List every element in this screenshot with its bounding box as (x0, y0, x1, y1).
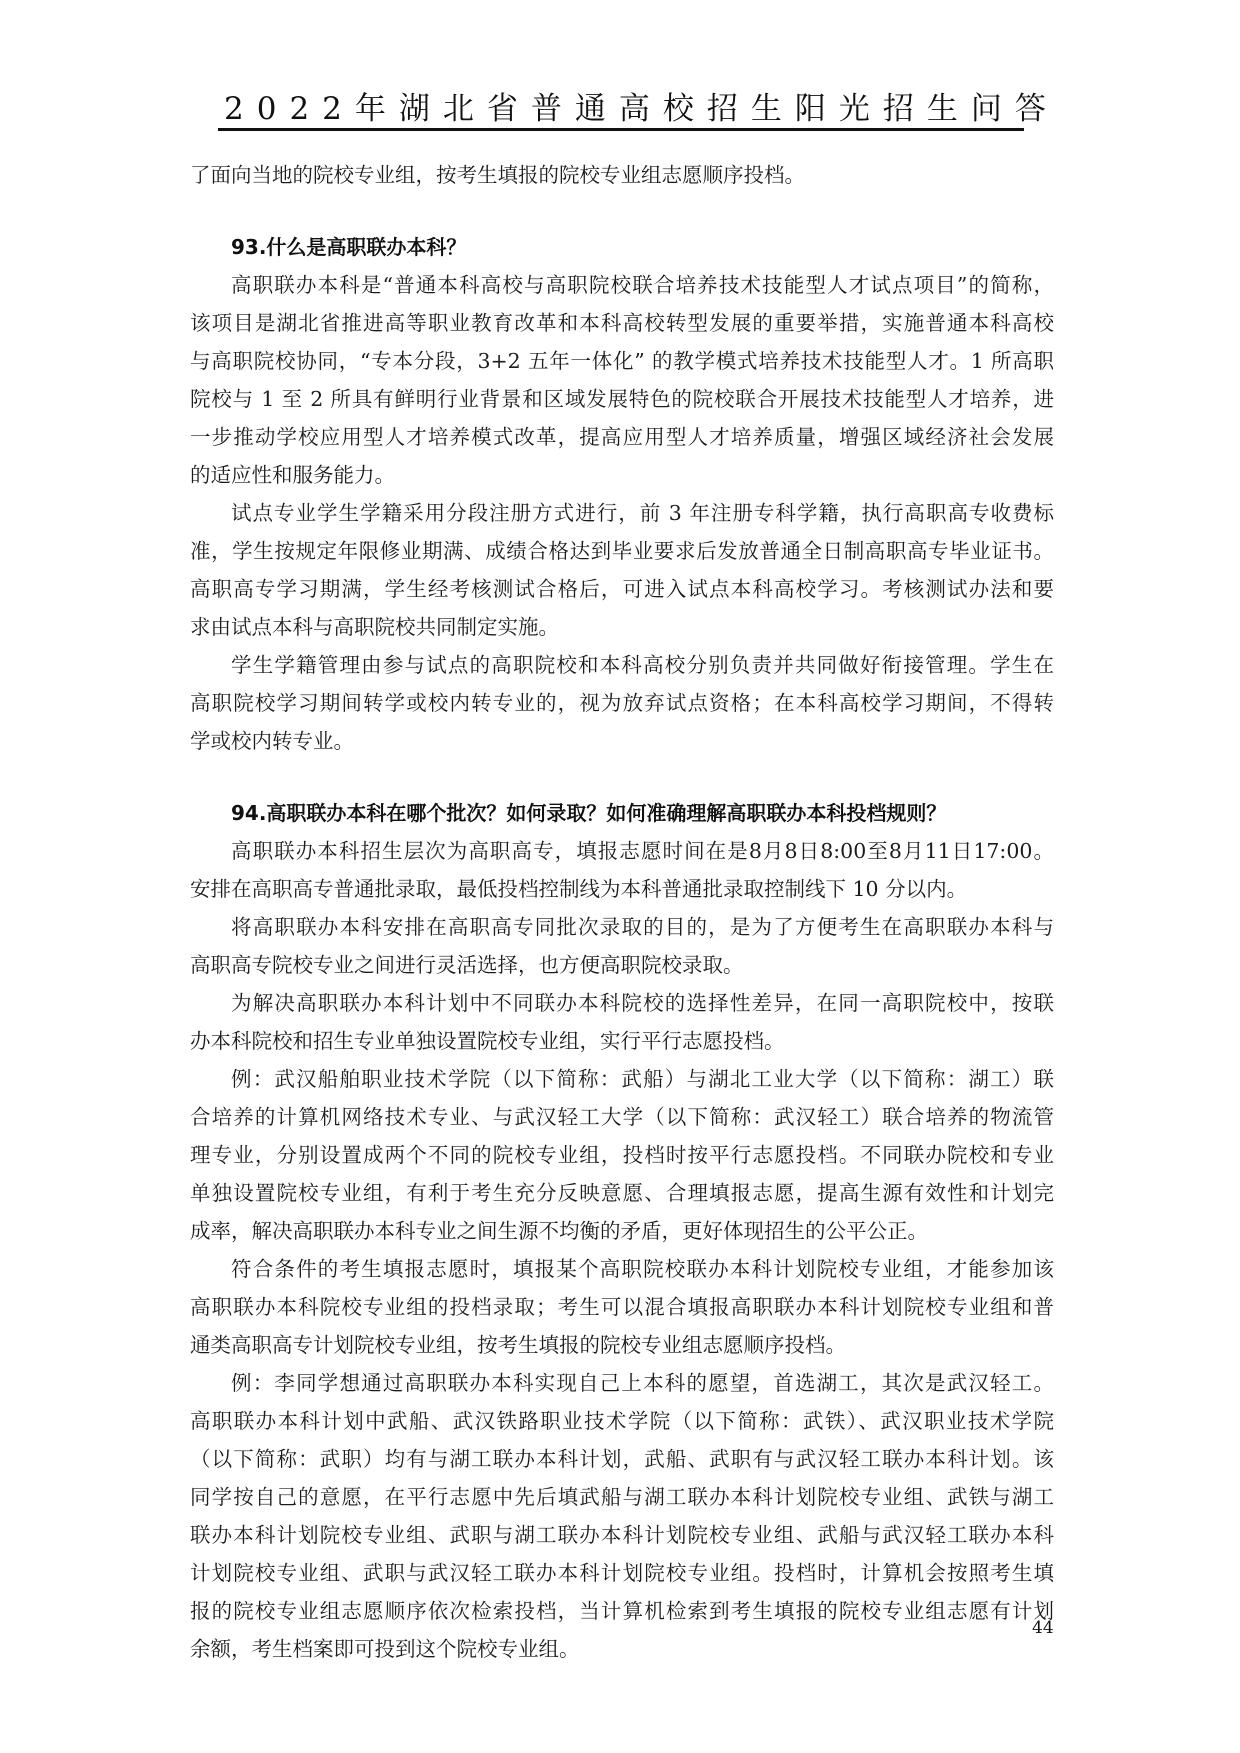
paragraph-line: 将高职联办本科安排在高职高专同批次录取的目的，是为了方便考生在高职联办本科与 (190, 908, 1054, 946)
paragraph: 试点专业学生学籍采用分段注册方式进行，前 3 年注册专科学籍，执行高职高专收费标… (190, 494, 1054, 646)
running-header: 2022年湖北省普通高校招生阳光招生问答 (218, 92, 1024, 131)
paragraph-line: 例：李同学想通过高职联办本科实现自己上本科的愿望，首选湖工，其次是武汉轻工。 (190, 1364, 1054, 1402)
document-page: 2022年湖北省普通高校招生阳光招生问答 了面向当地的院校专业组，按考生填报的院… (0, 0, 1240, 1753)
paragraph: 例：武汉船舶职业技术学院（以下简称：武船）与湖北工业大学（以下简称：湖工）联 合… (190, 1060, 1054, 1250)
paragraph: 高职联办本科招生层次为高职高专，填报志愿时间在是8月8日8:00至8月11日17… (190, 832, 1054, 908)
paragraph-line: 与高职院校协同，“专本分段，3+2 五年一体化” 的教学模式培养技术技能型人才。… (190, 342, 1054, 380)
paragraph-line: 求由试点本科与高职院校共同制定实施。 (190, 608, 1054, 646)
paragraph-line: 高职联办本科院校专业组的投档录取；考生可以混合填报高职联办本科计划院校专业组和普 (190, 1288, 1054, 1326)
paragraph-line: 的适应性和服务能力。 (190, 456, 1054, 494)
header-title: 2022年湖北省普通高校招生阳光招生问答 (224, 92, 1059, 126)
paragraph-line: 办本科院校和招生专业单独设置院校专业组，实行平行志愿投档。 (190, 1022, 1054, 1060)
paragraph-line: 院校与 1 至 2 所具有鲜明行业背景和区域发展特色的院校联合开展技术技能型人才… (190, 380, 1054, 418)
paragraph-line: 一步推动学校应用型人才培养模式改革，提高应用型人才培养质量，增强区域经济社会发展 (190, 418, 1054, 456)
paragraph-line: 例：武汉船舶职业技术学院（以下简称：武船）与湖北工业大学（以下简称：湖工）联 (190, 1060, 1054, 1098)
paragraph-line: 符合条件的考生填报志愿时，填报某个高职院校联办本科计划院校专业组，才能参加该 (190, 1250, 1054, 1288)
paragraph-line: 高职院校学习期间转学或校内转专业的，视为放弃试点资格；在本科高校学习期间，不得转 (190, 684, 1054, 722)
paragraph: 符合条件的考生填报志愿时，填报某个高职院校联办本科计划院校专业组，才能参加该 高… (190, 1250, 1054, 1364)
paragraph-line: 学生学籍管理由参与试点的高职院校和本科高校分别负责并共同做好衔接管理。学生在 (190, 646, 1054, 684)
paragraph-line: 报的院校专业组志愿顺序依次检索投档，当计算机检索到考生填报的院校专业组志愿有计划 (190, 1592, 1054, 1630)
paragraph-line: 试点专业学生学籍采用分段注册方式进行，前 3 年注册专科学籍，执行高职高专收费标 (190, 494, 1054, 532)
paragraph: 例：李同学想通过高职联办本科实现自己上本科的愿望，首选湖工，其次是武汉轻工。 高… (190, 1364, 1054, 1668)
paragraph: 高职联办本科是“普通本科高校与高职院校联合培养技术技能型人才试点项目”的简称， … (190, 266, 1054, 494)
question-heading-93: 93.什么是高职联办本科？ (190, 228, 1054, 266)
paragraph-line: 余额，考生档案即可投到这个院校专业组。 (190, 1630, 1054, 1668)
paragraph: 将高职联办本科安排在高职高专同批次录取的目的，是为了方便考生在高职联办本科与 高… (190, 908, 1054, 984)
paragraph-line: 该项目是湖北省推进高等职业教育改革和本科高校转型发展的重要举措，实施普通本科高校 (190, 304, 1054, 342)
paragraph-line: 了面向当地的院校专业组，按考生填报的院校专业组志愿顺序投档。 (190, 156, 1054, 194)
paragraph-line: （以下简称：武职）均有与湖工联办本科计划，武船、武职有与武汉轻工联办本科计划。该 (190, 1440, 1054, 1478)
paragraph-line: 合培养的计算机网络技术专业、与武汉轻工大学（以下简称：武汉轻工）联合培养的物流管 (190, 1098, 1054, 1136)
paragraph-line: 高职联办本科招生层次为高职高专，填报志愿时间在是8月8日8:00至8月11日17… (190, 832, 1054, 870)
paragraph-line: 安排在高职高专普通批录取，最低投档控制线为本科普通批录取控制线下 10 分以内。 (190, 870, 1054, 908)
paragraph-line: 为解决高职联办本科计划中不同联办本科院校的选择性差异，在同一高职院校中，按联 (190, 984, 1054, 1022)
question-heading-94: 94.高职联办本科在哪个批次？如何录取？如何准确理解高职联办本科投档规则？ (190, 794, 1054, 832)
paragraph-line: 同学按自己的意愿，在平行志愿中先后填武船与湖工联办本科计划院校专业组、武铁与湖工 (190, 1478, 1054, 1516)
paragraph: 为解决高职联办本科计划中不同联办本科院校的选择性差异，在同一高职院校中，按联 办… (190, 984, 1054, 1060)
paragraph-line: 高职联办本科是“普通本科高校与高职院校联合培养技术技能型人才试点项目”的简称， (190, 266, 1054, 304)
paragraph-line: 成率，解决高职联办本科专业之间生源不均衡的矛盾，更好体现招生的公平公正。 (190, 1212, 1054, 1250)
page-content: 了面向当地的院校专业组，按考生填报的院校专业组志愿顺序投档。 93.什么是高职联… (190, 156, 1054, 1668)
paragraph-line: 高职联办本科计划中武船、武汉铁路职业技术学院（以下简称：武铁）、武汉职业技术学院 (190, 1402, 1054, 1440)
paragraph-line: 计划院校专业组、武职与武汉轻工联办本科计划院校专业组。投档时，计算机会按照考生填 (190, 1554, 1054, 1592)
paragraph: 学生学籍管理由参与试点的高职院校和本科高校分别负责并共同做好衔接管理。学生在 高… (190, 646, 1054, 760)
paragraph-line: 高职高专学习期满，学生经考核测试合格后，可进入试点本科高校学习。考核测试办法和要 (190, 570, 1054, 608)
paragraph-line: 高职高专院校专业之间进行灵活选择，也方便高职院校录取。 (190, 946, 1054, 984)
paragraph-line: 准，学生按规定年限修业期满、成绩合格达到毕业要求后发放普通全日制高职高专毕业证书… (190, 532, 1054, 570)
page-number: 44 (1032, 1618, 1054, 1638)
paragraph-line: 通类高职高专计划院校专业组，按考生填报的院校专业组志愿顺序投档。 (190, 1326, 1054, 1364)
paragraph-line: 学或校内转专业。 (190, 722, 1054, 760)
paragraph-line: 联办本科计划院校专业组、武职与湖工联办本科计划院校专业组、武船与武汉轻工联办本科 (190, 1516, 1054, 1554)
paragraph-line: 单独设置院校专业组，有利于考生充分反映意愿、合理填报志愿，提高生源有效性和计划完 (190, 1174, 1054, 1212)
paragraph-line: 理专业，分别设置成两个不同的院校专业组，投档时按平行志愿投档。不同联办院校和专业 (190, 1136, 1054, 1174)
